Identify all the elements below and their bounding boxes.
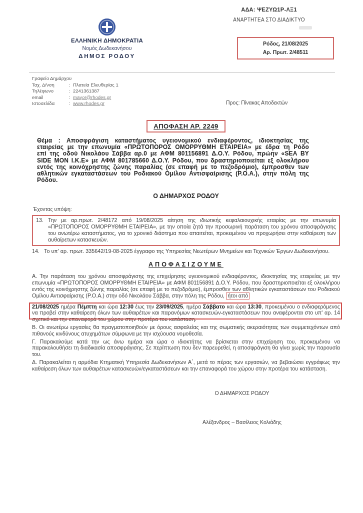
decision-paragraph-d: Δ. Παρακαλείται η αρμόδια Κτηματική Υπηρ… xyxy=(32,359,340,372)
decision-paragraph-a: Α. Την παράταση του χρόνου αποσφράγισης … xyxy=(32,274,340,300)
day-to: Σάββατο xyxy=(203,304,225,310)
item-14: 14. Το υπ' αρ. πρωτ. 335642/19-08-2025 έ… xyxy=(32,248,340,254)
prefecture-title: Νομός Δωδεκανήσου xyxy=(52,46,162,52)
decision-title-highlight: ΑΠΟΦΑΣΗ ΑΡ. 2249 xyxy=(147,120,226,133)
having-regard-label: Έχοντας υπόψη: xyxy=(33,207,340,213)
municipality-title: ΔΗΜΟΣ ΡΟΔΟΥ xyxy=(52,54,162,60)
decision-date-paragraph: 21/08/2025 ημέρα Πέμπτη και ώρα 12:30 έω… xyxy=(32,304,340,323)
diavgeia-block: ΑΔΑ: ΨΕΖΥΩ1Ρ-ΛΞ1 ΑΝΑΡΤΗΤΕΑ ΣΤΟ ΔΙΑΔΙΚΤΥΟ xyxy=(204,7,334,23)
header-divider xyxy=(29,72,335,73)
time-to: 13:30 xyxy=(248,304,262,310)
contact-block: Γραφείο Δημάρχου Ταχ. Δ/νση : Πλατεία Ελ… xyxy=(32,76,118,107)
item-number: 14. xyxy=(32,248,44,254)
signature-block: Ο ΔΗΜΑΡΧΟΣ ΡΟΔΟΥ Αλέξανδρος – Βασίλειος … xyxy=(178,390,306,425)
contact-row-website: Ιστοσελίδα : www.rhodes.gr xyxy=(32,101,118,107)
itoi-apo-highlight: ήτοι από xyxy=(226,292,250,299)
faint-signature-mark xyxy=(299,26,312,30)
mayor-name: Αλέξανδρος – Βασίλειος Κολιάδης xyxy=(178,419,306,425)
day-from: Πέμπτη xyxy=(77,304,96,310)
hellenic-republic-emblem-icon xyxy=(98,18,116,36)
place-date: Ρόδος, 21/08/2025 xyxy=(240,41,331,47)
decision-document: ΑΔΑ: ΨΕΖΥΩ1Ρ-ΛΞ1 ΑΝΑΡΤΗΤΕΑ ΣΤΟ ΔΙΑΔΙΚΤΥΟ… xyxy=(0,0,363,513)
date-to: 23/09/2025 xyxy=(156,304,183,310)
protocol-highlight-box: Ρόδος, 21/08/2025 Αρ. Πρωτ. 2/48511 xyxy=(237,37,334,60)
document-body: ΑΠΟΦΑΣΗ ΑΡ. 2249 Θέμα : Αποσφράγιση κατα… xyxy=(32,120,340,425)
decision-paragraph-c: Γ. Παρακαλούμε κατά την ως άνω ημέρα και… xyxy=(32,339,340,358)
recipient-line: Προς: Πίνακας Αποδεκτών xyxy=(226,100,288,106)
item-text: Το υπ' αρ. πρωτ. 335642/19-08-2025 έγγρα… xyxy=(44,248,340,254)
subject-paragraph: Θέμα : Αποσφράγιση καταστήματος υγειονομ… xyxy=(37,138,309,184)
decide-heading: ΑΠΟΦΑΣΙΖΟΥΜΕ xyxy=(32,261,340,268)
date-from: 21/08/2025 xyxy=(32,304,59,310)
protocol-number: Αρ. Πρωτ. 2/48511 xyxy=(240,50,331,56)
document-page: ΑΔΑ: ΨΕΖΥΩ1Ρ-ΛΞ1 ΑΝΑΡΤΗΤΕΑ ΣΤΟ ΔΙΑΔΙΚΤΥΟ… xyxy=(0,0,363,513)
item-13-highlight-box: 13. Την με αρ.πρωτ. 2/48172 από 19/08/20… xyxy=(32,215,340,246)
item-number: 13. xyxy=(36,218,48,244)
decision-paragraph-b: Β. Οι ανωτέρω εργασίες θα πραγματοποιηθο… xyxy=(32,324,340,337)
time-from: 12:30 xyxy=(120,304,134,310)
signature-heading: Ο ΔΗΜΑΡΧΟΣ ΡΟΔΟΥ xyxy=(178,390,306,396)
republic-title: ΕΛΛΗΝΙΚΗ ΔΗΜΟΚΡΑΤΙΑ xyxy=(52,38,162,44)
org-header: ΕΛΛΗΝΙΚΗ ΔΗΜΟΚΡΑΤΙΑ Νομός Δωδεκανήσου ΔΗ… xyxy=(52,18,162,60)
mayor-heading: Ο ΔΗΜΑΡΧΟΣ ΡΟΔΟΥ xyxy=(32,193,340,200)
ada-code: ΑΔΑ: ΨΕΖΥΩ1Ρ-ΛΞ1 xyxy=(204,7,334,13)
website-link[interactable]: www.rhodes.gr xyxy=(73,101,104,107)
anartitea-label: ΑΝΑΡΤΗΤΕΑ ΣΤΟ ΔΙΑΔΙΚΤΥΟ xyxy=(204,18,334,24)
item-text: Την με αρ.πρωτ. 2/48172 από 19/08/2025 α… xyxy=(48,218,336,244)
